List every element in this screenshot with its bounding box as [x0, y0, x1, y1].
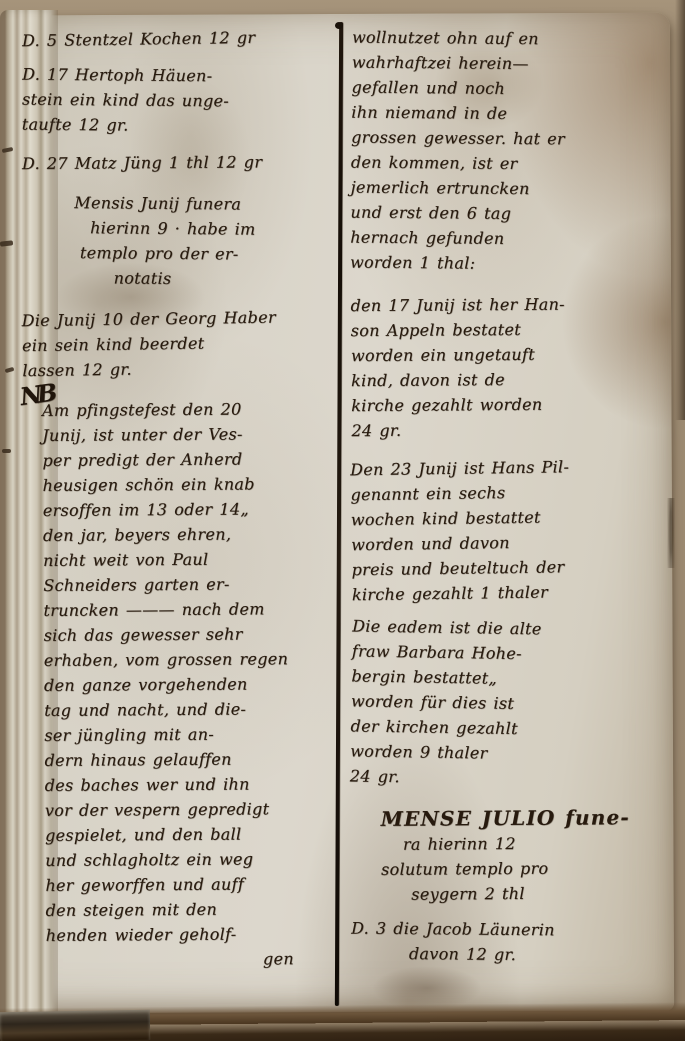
manuscript-line: ra hierinn 12: [381, 830, 679, 857]
manuscript-line: stein ein kind das unge-: [22, 87, 334, 115]
manuscript-line: jemerlich ertruncken: [351, 175, 679, 203]
manuscript-line: heusigen schön ein knab: [43, 471, 333, 498]
column-divider-rule-cap: [335, 22, 343, 29]
entry-block: D. 27 Matz Jüng 1 thl 12 gr: [22, 149, 334, 176]
manuscript-line: vor der vespern gepredigt: [45, 796, 335, 823]
manuscript-line: D. 5 Stentzel Kochen 12 gr: [22, 24, 334, 53]
manuscript-line: davon 12 gr.: [351, 941, 679, 969]
manuscript-line: kirche gezahlt 1 thaler: [352, 578, 680, 608]
manuscript-line: D. 17 Hertoph Häuen-: [22, 62, 334, 90]
manuscript-line: ersoffen im 13 oder 14„: [43, 496, 333, 523]
manuscript-line: hierinn 9 · habe im: [74, 215, 334, 242]
manuscript-line: D. 3 die Jacob Läunerin: [351, 916, 679, 944]
manuscript-line: per predigt der Anherd: [42, 446, 332, 473]
manuscript-line: erhaben, vom grossen regen: [44, 646, 334, 673]
manuscript-line: und erst den 6 tag: [350, 200, 678, 228]
manuscript-line: solutum templo pro: [381, 855, 679, 882]
manuscript-line: 24 gr.: [351, 416, 679, 443]
manuscript-line: den jar, beyers ehren,: [43, 521, 333, 548]
entry-block: D. 5 Stentzel Kochen 12 gr: [22, 24, 334, 53]
manuscript-line: notatis: [74, 265, 334, 292]
ink-blot: [620, 423, 628, 431]
narrative-block: wollnutzet ohn auf enwahrhaftzei herein—…: [350, 25, 680, 278]
page-stack-corner: [0, 1010, 150, 1041]
manuscript-line: templo pro der er-: [74, 240, 334, 267]
manuscript-photo: NB D. 5 Stentzel Kochen 12 gr D. 17 Hert…: [0, 0, 685, 1041]
right-column: wollnutzet ohn auf enwahrhaftzei herein—…: [351, 26, 679, 967]
manuscript-line: wollnutzet ohn auf en: [352, 25, 680, 53]
manuscript-line: Am pfingstefest den 20: [42, 396, 332, 423]
manuscript-line: den 17 Junij ist her Han-: [350, 291, 678, 318]
manuscript-line: worden ein ungetauft: [351, 341, 679, 368]
manuscript-line: 24 gr.: [350, 763, 678, 793]
manuscript-line: worden 1 thal:: [350, 250, 678, 278]
manuscript-line: dern hinaus gelauffen: [44, 746, 334, 773]
manuscript-line: D. 27 Matz Jüng 1 thl 12 gr: [22, 149, 334, 176]
manuscript-line: ser jüngling mit an-: [44, 721, 334, 748]
month-heading-block: MENSE JULIO fune-ra hierinn 12solutum te…: [351, 805, 680, 907]
manuscript-line: gespielet, und den ball: [45, 821, 335, 848]
manuscript-line: nicht weit von Paul: [43, 546, 333, 573]
manuscript-line: wahrhaftzei herein—: [352, 50, 680, 78]
manuscript-line: sich das gewesser sehr: [44, 621, 334, 648]
ink-blot: [446, 536, 467, 555]
manuscript-line: kirche gezahlt worden: [351, 391, 679, 418]
manuscript-line: und schlagholtz ein weg: [45, 846, 335, 873]
left-column: D. 5 Stentzel Kochen 12 gr D. 17 Hertoph…: [22, 26, 334, 972]
entry-block: Die Junij 10 der Georg Haberein sein kin…: [21, 304, 334, 383]
manuscript-line: her geworffen und auff: [45, 871, 335, 898]
narrative-block: Am pfingstefest den 20Junij, ist unter d…: [20, 396, 336, 973]
month-heading-block: Mensis Junij funerahierinn 9 · habe imte…: [22, 190, 335, 293]
manuscript-line: gen: [46, 946, 336, 973]
manuscript-line: henden wieder geholf-: [46, 921, 336, 948]
manuscript-line: Junij, ist unter der Ves-: [42, 421, 332, 448]
manuscript-line: Mensis Junij funera: [74, 190, 334, 217]
manuscript-line: grossen gewesser. hat er: [351, 125, 679, 153]
manuscript-line: gefallen und noch: [351, 75, 679, 103]
entry-block: Den 23 Junij ist Hans Pil-genannt ein se…: [350, 453, 680, 608]
manuscript-line: lassen 12 gr.: [22, 354, 334, 383]
manuscript-line: truncken ——— nach dem: [43, 596, 333, 623]
manuscript-line: taufte 12 gr.: [22, 112, 334, 140]
entry-block: den 17 Junij ist her Han-son Appeln best…: [350, 291, 679, 443]
entry-block: D. 17 Hertoph Häuen-stein ein kind das u…: [22, 62, 335, 140]
manuscript-line: hernach gefunden: [350, 225, 678, 253]
manuscript-line: kind, davon ist de: [351, 366, 679, 393]
entry-block: D. 3 die Jacob Läunerindavon 12 gr.: [351, 916, 679, 969]
entry-block: Die eadem ist die altefraw Barbara Hohe-…: [350, 613, 681, 793]
manuscript-line: des baches wer und ihn: [45, 771, 335, 798]
manuscript-line: den steigen mit den: [45, 896, 335, 923]
manuscript-line: son Appeln bestatet: [351, 316, 679, 343]
manuscript-line: tag und nacht, und die-: [44, 696, 334, 723]
manuscript-line: den ganze vorgehenden: [44, 671, 334, 698]
ink-mark: [2, 449, 11, 453]
manuscript-line: ihn niemand in de: [351, 100, 679, 128]
manuscript-line: den kommen, ist er: [351, 150, 679, 178]
manuscript-line: seygern 2 thl: [381, 880, 679, 907]
manuscript-line: Schneiders garten er-: [43, 571, 333, 598]
manuscript-line: MENSE JULIO fune-: [381, 805, 679, 832]
